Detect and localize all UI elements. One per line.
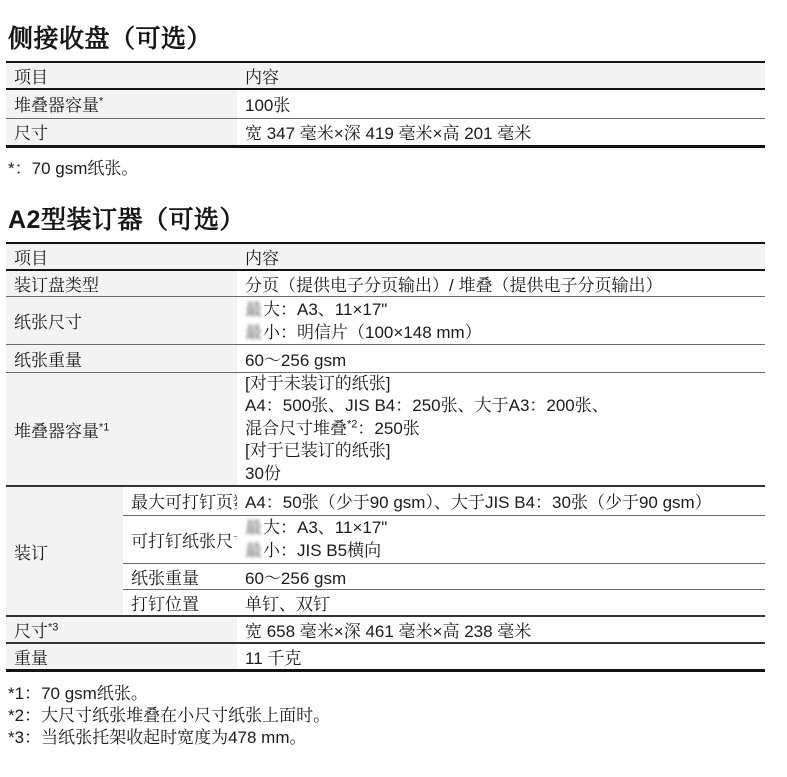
footnote: *2：大尺寸纸张堆叠在小尺寸纸张上面时。	[8, 705, 765, 727]
footnote-marker: *3	[48, 621, 58, 633]
blurred-char: 最	[245, 539, 262, 562]
content-line: A4：500张、JIS B4：250张、大于A3：200张、	[245, 395, 761, 417]
content-line: 最小：明信片（100×148 mm）	[245, 321, 761, 344]
sub-row-label: 最大可打钉页数	[123, 486, 237, 515]
sub-row-content: 单钉、双钉	[237, 589, 765, 616]
row-label: 重量	[6, 643, 237, 671]
content-line: 混合尺寸堆叠*2：250张	[245, 418, 761, 440]
content-line-text: 混合尺寸堆叠	[245, 419, 347, 438]
row-dimensions: 尺寸*3 宽 658 毫米×深 461 毫米×高 238 毫米	[6, 616, 765, 643]
side-tray-spec-table: 项目 内容 堆叠器容量* 100张 尺寸 宽 347 毫米×深 419 毫米×高…	[6, 61, 765, 148]
row-label: 纸张尺寸	[6, 297, 237, 345]
section2-title: A2型装订器（可选）	[8, 207, 765, 233]
row-content: 最大：A3、11×17" 最小：明信片（100×148 mm）	[237, 297, 765, 345]
content-line-text: 大：A3、11×17"	[263, 300, 387, 319]
row-label: 尺寸*3	[6, 616, 237, 643]
section1-title: 侧接收盘（可选）	[8, 26, 765, 52]
sub-row-label: 纸张重量	[123, 563, 237, 589]
content-line-text: 大：A3、11×17"	[263, 518, 387, 537]
sub-row-content: 60～256 gsm	[237, 563, 765, 589]
table1-header-row: 项目 内容	[6, 62, 765, 89]
spec-page: 侧接收盘（可选） 项目 内容 堆叠器容量* 100张 尺寸 宽 347 毫米×深…	[0, 0, 787, 749]
sub-row-label: 打钉位置	[123, 589, 237, 616]
footnote: *1：70 gsm纸张。	[8, 683, 765, 705]
row-label: 纸张重量	[6, 345, 237, 373]
blurred-char: 最	[245, 298, 262, 321]
row-label: 尺寸	[6, 118, 237, 146]
blurred-char: 最	[245, 516, 262, 539]
row-label: 堆叠器容量*1	[6, 373, 237, 487]
table2-header-item: 项目	[6, 243, 237, 270]
row-label: 堆叠器容量*	[6, 89, 237, 118]
row-content: [对于未装订的纸张] A4：500张、JIS B4：250张、大于A3：200张…	[237, 373, 765, 487]
row-content: 100张	[237, 89, 765, 118]
content-line-text: 小：JIS B5横向	[263, 541, 381, 560]
row-label-text: 尺寸	[14, 622, 48, 641]
footnote-marker: *2	[347, 418, 357, 430]
table1-footnote: *：70 gsm纸张。	[8, 159, 765, 179]
table1-row-dimensions: 尺寸 宽 347 毫米×深 419 毫米×高 201 毫米	[6, 118, 765, 146]
table1-header-content: 内容	[237, 62, 765, 89]
sub-row-content: A4：50张（少于90 gsm）、大于JIS B4：30张（少于90 gsm）	[237, 486, 765, 515]
footnote-marker: *	[99, 96, 103, 108]
row-content: 60～256 gsm	[237, 345, 765, 373]
content-line-text: ：250张	[357, 419, 419, 438]
table2-header-row: 项目 内容	[6, 243, 765, 270]
content-line: [对于已装订的纸张]	[245, 440, 761, 462]
blurred-char: 最	[245, 321, 262, 344]
finisher-spec-table: 项目 内容 装订盘类型 分页（提供电子分页输出）/ 堆叠（提供电子分页输出） 纸…	[6, 242, 765, 673]
row-paper-weight: 纸张重量 60～256 gsm	[6, 345, 765, 373]
row-content: 分页（提供电子分页输出）/ 堆叠（提供电子分页输出）	[237, 270, 765, 297]
content-line: [对于未装订的纸张]	[245, 373, 761, 395]
table1-header-item: 项目	[6, 62, 237, 89]
content-line: 30份	[245, 463, 761, 485]
content-line-text: 小：明信片（100×148 mm）	[263, 323, 482, 342]
table2-header-content: 内容	[237, 243, 765, 270]
row-paper-size: 纸张尺寸 最大：A3、11×17" 最小：明信片（100×148 mm）	[6, 297, 765, 345]
footnote-marker: *1	[99, 421, 109, 433]
row-weight: 重量 11 千克	[6, 643, 765, 671]
table2-footnotes: *1：70 gsm纸张。 *2：大尺寸纸张堆叠在小尺寸纸张上面时。 *3：当纸张…	[8, 683, 765, 749]
row-content: 宽 658 毫米×深 461 毫米×高 238 毫米	[237, 616, 765, 643]
row-tray-type: 装订盘类型 分页（提供电子分页输出）/ 堆叠（提供电子分页输出）	[6, 270, 765, 297]
sub-row-label: 可打钉纸张尺寸	[123, 515, 237, 563]
row-content: 11 千克	[237, 643, 765, 671]
group-label-staple: 装订	[6, 486, 123, 616]
row-content: 宽 347 毫米×深 419 毫米×高 201 毫米	[237, 118, 765, 146]
footnote: *3：当纸张托架收起时宽度为478 mm。	[8, 727, 765, 749]
row-label-text: 堆叠器容量	[14, 422, 99, 441]
row-label-text: 堆叠器容量	[14, 96, 99, 115]
row-staple-max-pages: 装订 最大可打钉页数 A4：50张（少于90 gsm）、大于JIS B4：30张…	[6, 486, 765, 515]
row-label: 装订盘类型	[6, 270, 237, 297]
content-line: 最大：A3、11×17"	[245, 516, 761, 539]
row-stacker-capacity: 堆叠器容量*1 [对于未装订的纸张] A4：500张、JIS B4：250张、大…	[6, 373, 765, 487]
content-line: 最小：JIS B5横向	[245, 539, 761, 562]
sub-row-content: 最大：A3、11×17" 最小：JIS B5横向	[237, 515, 765, 563]
table1-row-stacker: 堆叠器容量* 100张	[6, 89, 765, 118]
content-line: 最大：A3、11×17"	[245, 298, 761, 321]
